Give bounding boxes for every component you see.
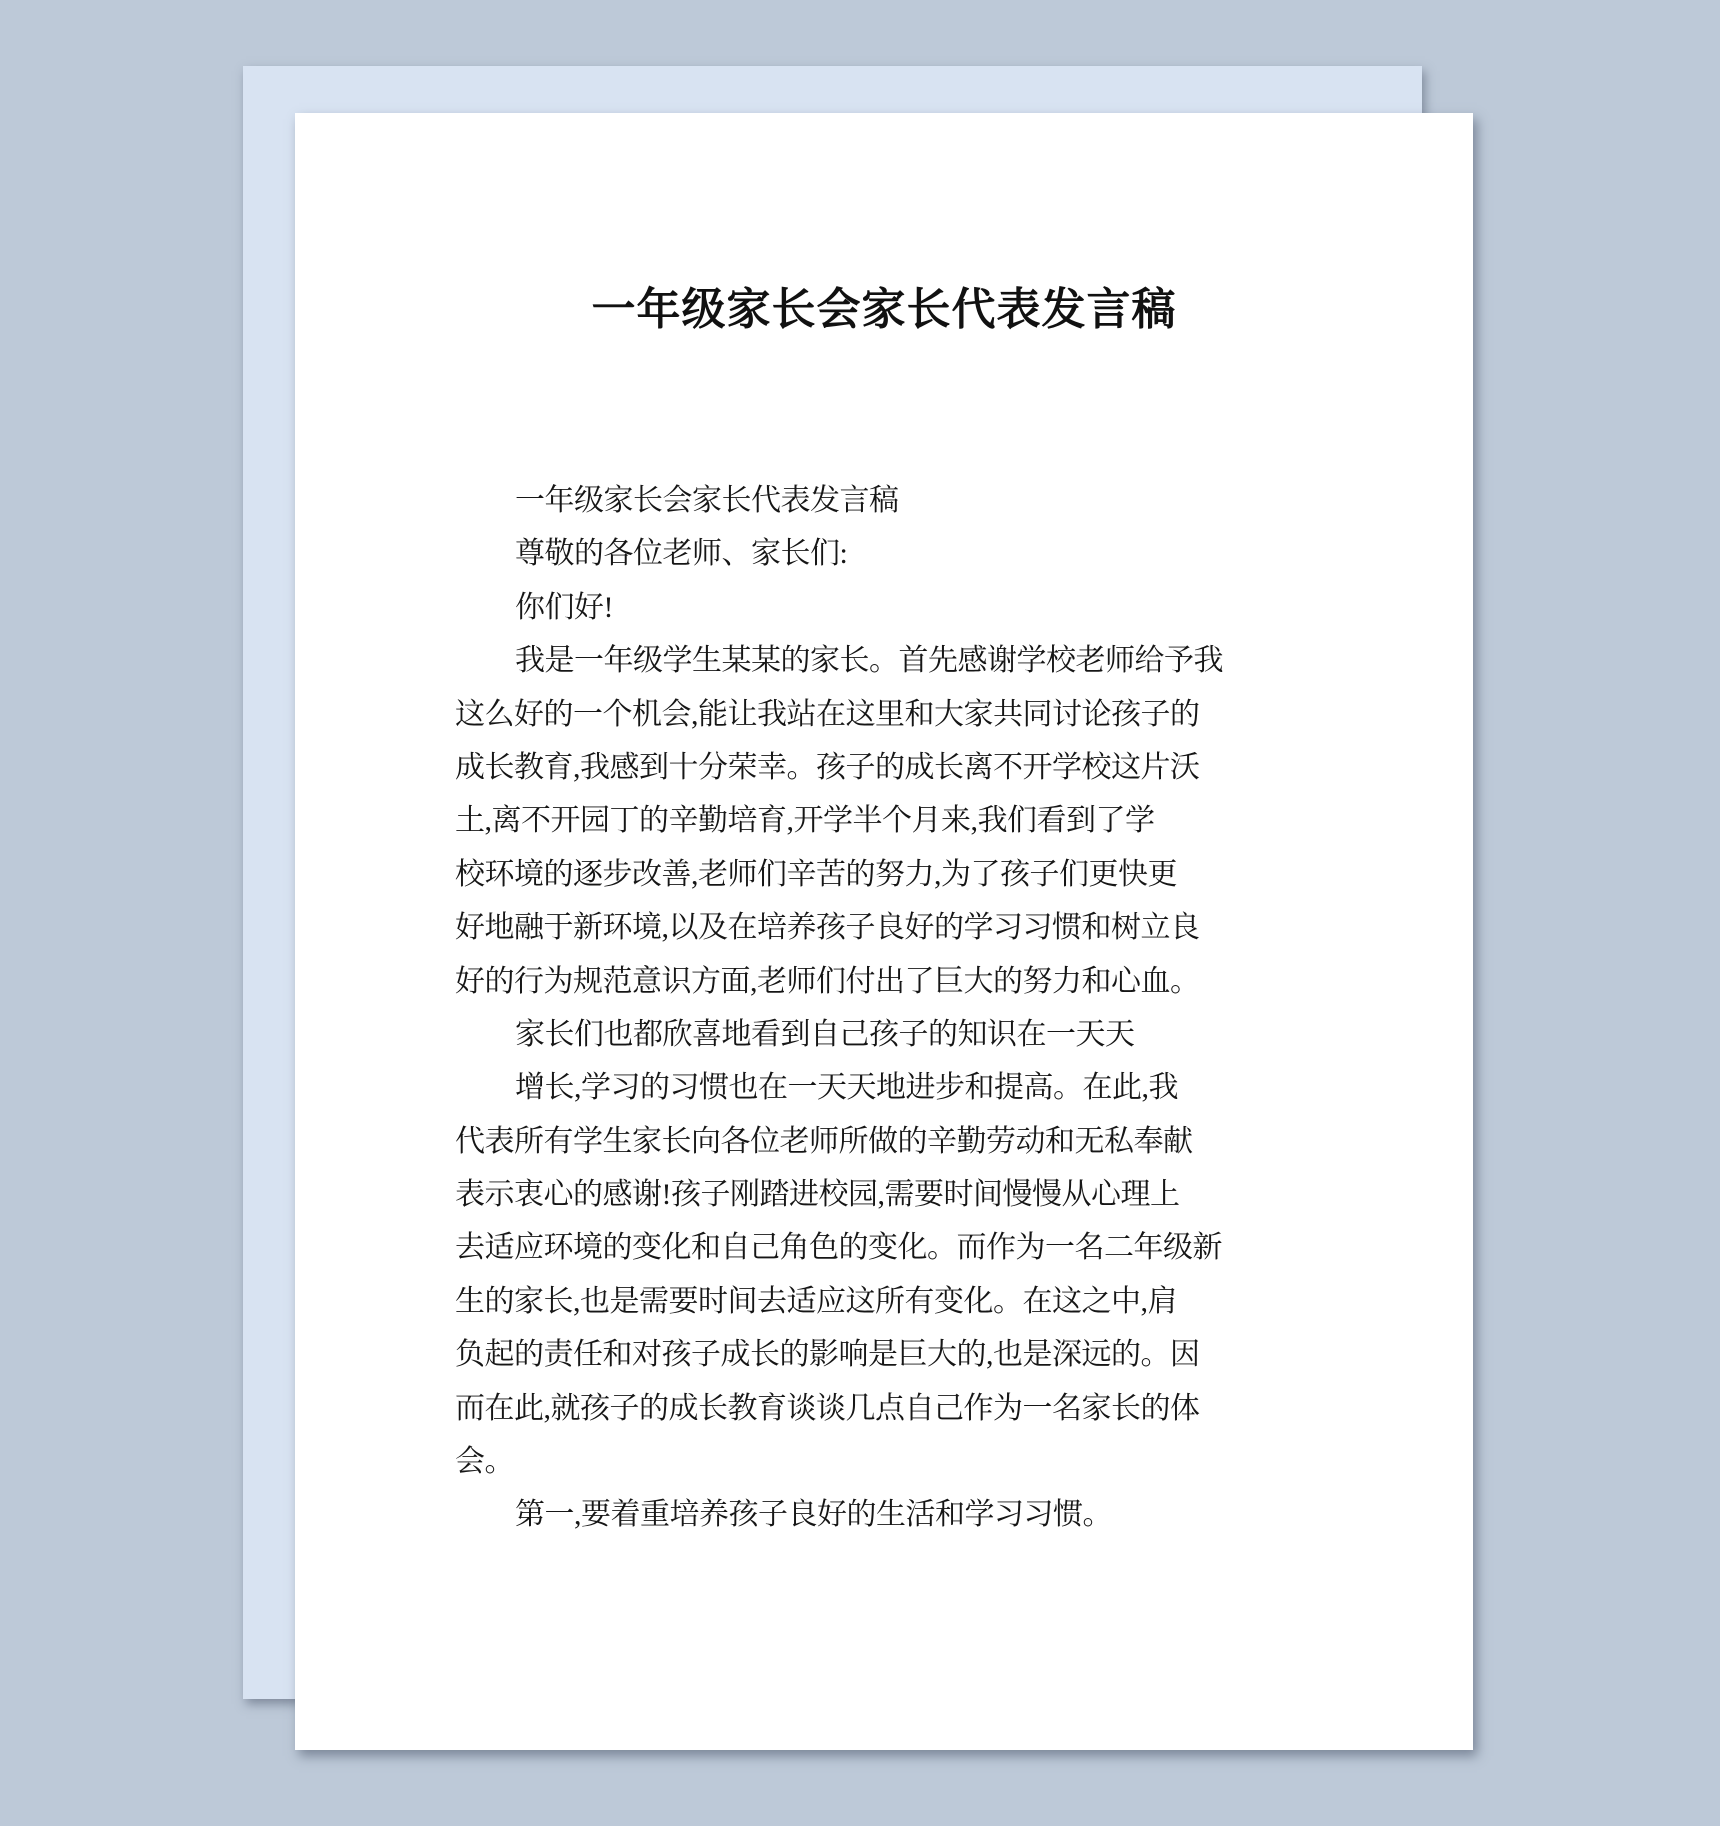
- desk-background: { "colors": { "desk_background": "#bdc9d…: [0, 0, 1720, 1826]
- text-line: 校环境的逐步改善,老师们辛苦的努力,为了孩子们更快更: [455, 848, 1223, 901]
- text-line: 尊敬的各位老师、家长们:: [455, 527, 1223, 580]
- text-line: 好地融于新环境,以及在培养孩子良好的学习习惯和树立良: [455, 901, 1223, 954]
- document-body: 一年级家长会家长代表发言稿尊敬的各位老师、家长们:你们好!我是一年级学生某某的家…: [455, 474, 1223, 1542]
- text-line: 负起的责任和对孩子成长的影响是巨大的,也是深远的。因: [455, 1328, 1223, 1381]
- text-line: 好的行为规范意识方面,老师们付出了巨大的努力和心血。: [455, 955, 1223, 1008]
- text-line: 增长,学习的习惯也在一天天地进步和提高。在此,我: [455, 1061, 1223, 1114]
- text-line: 会。: [455, 1435, 1223, 1488]
- text-line: 成长教育,我感到十分荣幸。孩子的成长离不开学校这片沃: [455, 741, 1223, 794]
- text-line: 一年级家长会家长代表发言稿: [455, 474, 1223, 527]
- text-line: 而在此,就孩子的成长教育谈谈几点自己作为一名家长的体: [455, 1382, 1223, 1435]
- text-line: 家长们也都欣喜地看到自己孩子的知识在一天天: [455, 1008, 1223, 1061]
- text-line: 代表所有学生家长向各位老师所做的辛勤劳动和无私奉献: [455, 1115, 1223, 1168]
- document-page: 一年级家长会家长代表发言稿 一年级家长会家长代表发言稿尊敬的各位老师、家长们:你…: [295, 113, 1473, 1750]
- text-line: 生的家长,也是需要时间去适应这所有变化。在这之中,肩: [455, 1275, 1223, 1328]
- text-line: 去适应环境的变化和自己角色的变化。而作为一名二年级新: [455, 1221, 1223, 1274]
- text-line: 我是一年级学生某某的家长。首先感谢学校老师给予我: [455, 634, 1223, 687]
- text-line: 你们好!: [455, 581, 1223, 634]
- text-line: 第一,要着重培养孩子良好的生活和学习习惯。: [455, 1488, 1223, 1541]
- text-line: 这么好的一个机会,能让我站在这里和大家共同讨论孩子的: [455, 688, 1223, 741]
- text-line: 土,离不开园丁的辛勤培育,开学半个月来,我们看到了学: [455, 794, 1223, 847]
- text-line: 表示衷心的感谢!孩子刚踏进校园,需要时间慢慢从心理上: [455, 1168, 1223, 1221]
- document-title: 一年级家长会家长代表发言稿: [295, 285, 1473, 335]
